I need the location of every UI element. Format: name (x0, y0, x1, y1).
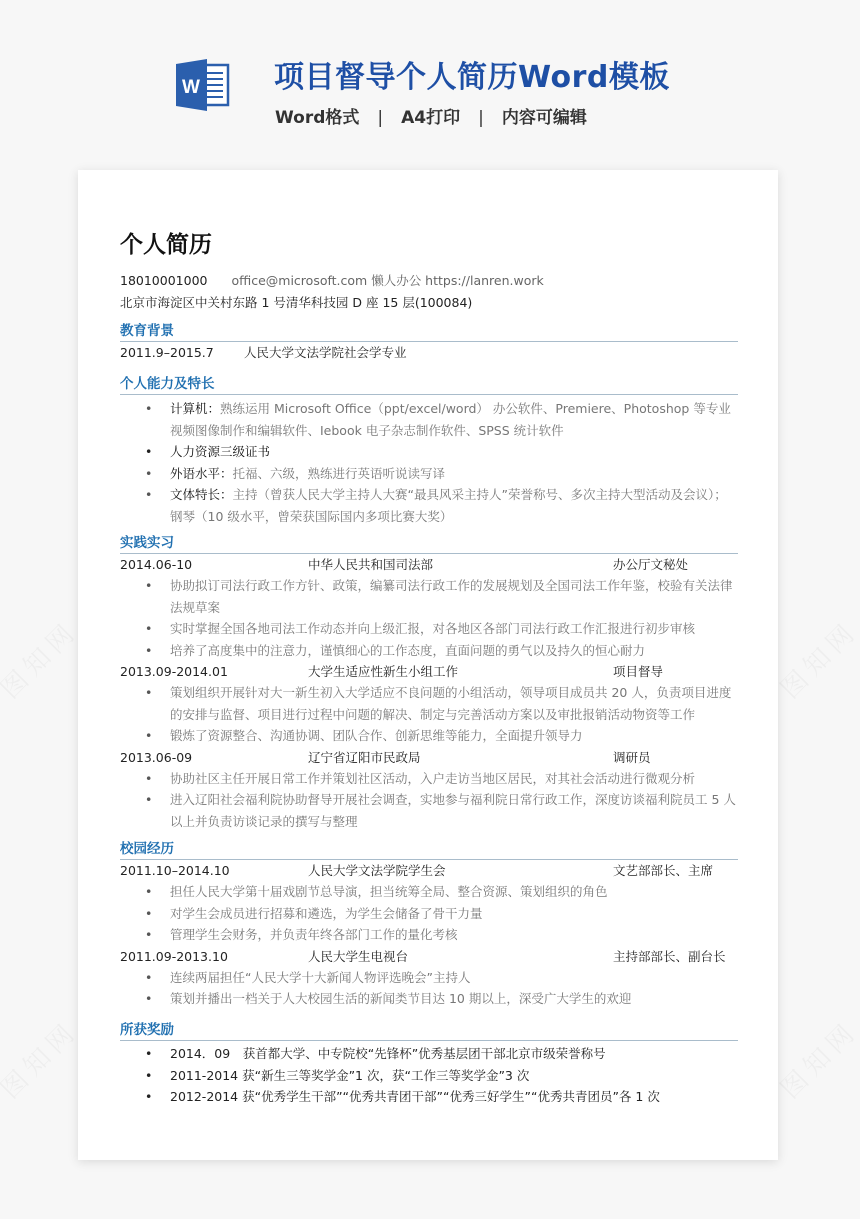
education-row: 2011.9–2015.7 人民大学文法学院社会学专业 (120, 342, 738, 363)
list-item: •管理学生会财务，并负责年终各部门工作的量化考核 (120, 924, 738, 946)
bullet-icon: • (145, 903, 152, 925)
job-row: 2013.06-09 辽宁省辽阳市民政局 调研员 (120, 747, 738, 768)
section-heading: 个人能力及特长 (120, 375, 738, 395)
bullet-icon: • (145, 725, 152, 747)
list-item: •文体特长：主持（曾获人民大学主持人大赛“最具风采主持人”荣誉称号、多次主持大型… (120, 484, 738, 527)
list-item: •实时掌握全国各地司法工作动态并向上级汇报，对各地区各部门司法行政工作汇报进行初… (120, 618, 738, 640)
item-text: 2011-2014 获“新生三等奖学金”1 次，获“工作三等奖学金”3 次 (170, 1068, 529, 1083)
job-date: 2011.09-2013.10 (120, 946, 228, 967)
svg-text:W: W (182, 77, 200, 98)
job-role: 主持部部长、副台长 (613, 946, 726, 967)
section-heading: 实践实习 (120, 534, 738, 554)
item-text: 对学生会成员进行招募和遴选，为学生会储备了骨干力量 (170, 906, 483, 921)
bullet-icon: • (145, 1043, 152, 1065)
job-row: 2011.09-2013.10 人民大学生电视台 主持部部长、副台长 (120, 946, 738, 967)
address: 北京市海淀区中关村东路 1 号清华科技园 D 座 15 层(100084) (120, 293, 472, 311)
item-text: 托福、六级，熟练进行英语听说读写译 (233, 466, 446, 481)
job-row: 2011.10–2014.10 人民大学文法学院学生会 文艺部部长、主席 (120, 860, 738, 881)
list-item: •2014．09 获首都大学、中专院校“先锋杯”优秀基层团干部北京市级荣誉称号 (120, 1043, 738, 1065)
job-date: 2014.06-10 (120, 554, 192, 575)
banner-title: 项目督导个人简历Word模板 (274, 52, 670, 96)
education-date: 2011.9–2015.7 (120, 342, 214, 363)
list-item: •人力资源三级证书 (120, 441, 738, 463)
job-org: 人民大学生电视台 (308, 946, 408, 967)
job-role: 调研员 (613, 747, 651, 768)
format-label: Word格式 (275, 108, 359, 128)
list-item: •2012-2014 获“优秀学生干部”“优秀共青团干部”“优秀三好学生”“优秀… (120, 1086, 738, 1108)
banner: W 项目督导个人简历Word模板 Word格式|A4打印|内容可编辑 (0, 0, 860, 160)
item-text: 锻炼了资源整合、沟通协调、团队合作、创新思维等能力，全面提升领导力 (170, 728, 583, 743)
word-icon: W (174, 59, 230, 111)
bullet-icon: • (145, 924, 152, 946)
separator: | (377, 108, 383, 128)
list-item: •担任人民大学第十届戏剧节总导演，担当统筹全局、整合资源、策划组织的角色 (120, 881, 738, 903)
list-item: •2011-2014 获“新生三等奖学金”1 次，获“工作三等奖学金”3 次 (120, 1065, 738, 1087)
bullet-icon: • (145, 618, 152, 640)
item-text: 协助拟订司法行政工作方针、政策，编纂司法行政工作的发展规划及全国司法工作年鉴，校… (170, 578, 733, 615)
section-awards: 所获奖励 •2014．09 获首都大学、中专院校“先锋杯”优秀基层团干部北京市级… (120, 1021, 738, 1108)
item-text: 培养了高度集中的注意力，谨慎细心的工作态度，直面问题的勇气以及持久的恒心耐力 (170, 643, 645, 658)
job-row: 2014.06-10 中华人民共和国司法部 办公厅文秘处 (120, 554, 738, 575)
job-row: 2013.09-2014.01 大学生适应性新生小组工作 项目督导 (120, 661, 738, 682)
job-org: 辽宁省辽阳市民政局 (308, 747, 421, 768)
list-item: •进入辽阳社会福利院协助督导开展社会调查，实地参与福利院日常行政工作，深度访谈福… (120, 789, 738, 832)
section-education: 教育背景 2011.9–2015.7 人民大学文法学院社会学专业 (120, 322, 738, 363)
list-item: •协助社区主任开展日常工作并策划社区活动，入户走访当地区居民，对其社会活动进行微… (120, 768, 738, 790)
list-item: •策划并播出一档关于人大校园生活的新闻类节目达 10 期以上，深受广大学生的欢迎 (120, 988, 738, 1010)
job-role: 文艺部部长、主席 (613, 860, 713, 881)
job-date: 2013.09-2014.01 (120, 661, 228, 682)
item-text: 2012-2014 获“优秀学生干部”“优秀共青团干部”“优秀三好学生”“优秀共… (170, 1089, 660, 1104)
list-item: •对学生会成员进行招募和遴选，为学生会储备了骨干力量 (120, 903, 738, 925)
list-item: •策划组织开展针对大一新生初入大学适应不良问题的小组活动，领导项目成员共 20 … (120, 682, 738, 725)
bullet-icon: • (145, 463, 152, 485)
banner-subtitle: Word格式|A4打印|内容可编辑 (275, 103, 587, 128)
watermark: 图知网 (771, 1011, 860, 1105)
job-org: 人民大学文法学院学生会 (308, 860, 446, 881)
item-text: 主持（曾获人民大学主持人大赛“最具风采主持人”荣誉称号、多次主持大型活动及会议）… (170, 487, 727, 524)
bullet-icon: • (145, 575, 152, 597)
section-heading: 所获奖励 (120, 1021, 738, 1041)
item-text: 进入辽阳社会福利院协助督导开展社会调查，实地参与福利院日常行政工作，深度访谈福利… (170, 792, 736, 829)
bullet-icon: • (145, 967, 152, 989)
bullet-icon: • (145, 441, 152, 463)
print-label: A4打印 (401, 108, 460, 128)
job-role: 办公厅文秘处 (613, 554, 688, 575)
resume-page: 个人简历 18010001000office@microsoft.com 懒人办… (78, 170, 778, 1160)
watermark: 图知网 (771, 611, 860, 705)
job-org: 中华人民共和国司法部 (308, 554, 433, 575)
section-campus: 校园经历 2011.10–2014.10 人民大学文法学院学生会 文艺部部长、主… (120, 840, 738, 1010)
job-org: 大学生适应性新生小组工作 (308, 661, 458, 682)
section-heading: 教育背景 (120, 322, 738, 342)
item-text: 担任人民大学第十届戏剧节总导演，担当统筹全局、整合资源、策划组织的角色 (170, 884, 608, 899)
bullet-icon: • (145, 398, 152, 420)
bullet-icon: • (145, 1065, 152, 1087)
job-date: 2011.10–2014.10 (120, 860, 230, 881)
list-item: •计算机：熟练运用 Microsoft Office（ppt/excel/wor… (120, 398, 738, 441)
phone: 18010001000 (120, 273, 207, 288)
item-text: 熟练运用 Microsoft Office（ppt/excel/word） 办公… (170, 401, 731, 438)
item-text: 连续两届担任“人民大学十大新闻人物评选晚会”主持人 (170, 970, 470, 985)
separator: | (478, 108, 484, 128)
job-role: 项目督导 (613, 661, 663, 682)
list-item: •锻炼了资源整合、沟通协调、团队合作、创新思维等能力，全面提升领导力 (120, 725, 738, 747)
bullet-icon: • (145, 484, 152, 506)
editable-label: 内容可编辑 (502, 108, 587, 128)
item-label: 外语水平： (170, 466, 233, 481)
item-text: 实时掌握全国各地司法工作动态并向上级汇报，对各地区各部门司法行政工作汇报进行初步… (170, 621, 695, 636)
item-label: 计算机： (170, 401, 220, 416)
item-text: 协助社区主任开展日常工作并策划社区活动，入户走访当地区居民，对其社会活动进行微观… (170, 771, 695, 786)
bullet-icon: • (145, 881, 152, 903)
education-detail: 人民大学文法学院社会学专业 (244, 342, 407, 363)
item-text: 策划组织开展针对大一新生初入大学适应不良问题的小组活动，领导项目成员共 20 人… (170, 685, 731, 722)
section-skills: 个人能力及特长 •计算机：熟练运用 Microsoft Office（ppt/e… (120, 375, 738, 527)
list-item: •连续两届担任“人民大学十大新闻人物评选晚会”主持人 (120, 967, 738, 989)
bullet-icon: • (145, 768, 152, 790)
item-label: 文体特长： (170, 487, 233, 502)
watermark: 图知网 (0, 611, 85, 705)
bullet-icon: • (145, 988, 152, 1010)
resume-title: 个人简历 (120, 226, 212, 259)
item-text: 策划并播出一档关于人大校园生活的新闻类节目达 10 期以上，深受广大学生的欢迎 (170, 991, 631, 1006)
bullet-icon: • (145, 789, 152, 811)
bullet-icon: • (145, 682, 152, 704)
item-text: 2014．09 获首都大学、中专院校“先锋杯”优秀基层团干部北京市级荣誉称号 (170, 1046, 606, 1061)
email-website: office@microsoft.com 懒人办公 https://lanren… (231, 273, 543, 288)
item-text: 管理学生会财务，并负责年终各部门工作的量化考核 (170, 927, 458, 942)
list-item: •培养了高度集中的注意力，谨慎细心的工作态度，直面问题的勇气以及持久的恒心耐力 (120, 640, 738, 662)
job-date: 2013.06-09 (120, 747, 192, 768)
bullet-icon: • (145, 640, 152, 662)
section-heading: 校园经历 (120, 840, 738, 860)
contact-line: 18010001000office@microsoft.com 懒人办公 htt… (120, 271, 544, 289)
item-label: 人力资源三级证书 (170, 444, 270, 459)
section-practice: 实践实习 2014.06-10 中华人民共和国司法部 办公厅文秘处 •协助拟订司… (120, 534, 738, 832)
watermark: 图知网 (0, 1011, 85, 1105)
bullet-icon: • (145, 1086, 152, 1108)
list-item: •协助拟订司法行政工作方针、政策，编纂司法行政工作的发展规划及全国司法工作年鉴，… (120, 575, 738, 618)
list-item: •外语水平：托福、六级，熟练进行英语听说读写译 (120, 463, 738, 485)
